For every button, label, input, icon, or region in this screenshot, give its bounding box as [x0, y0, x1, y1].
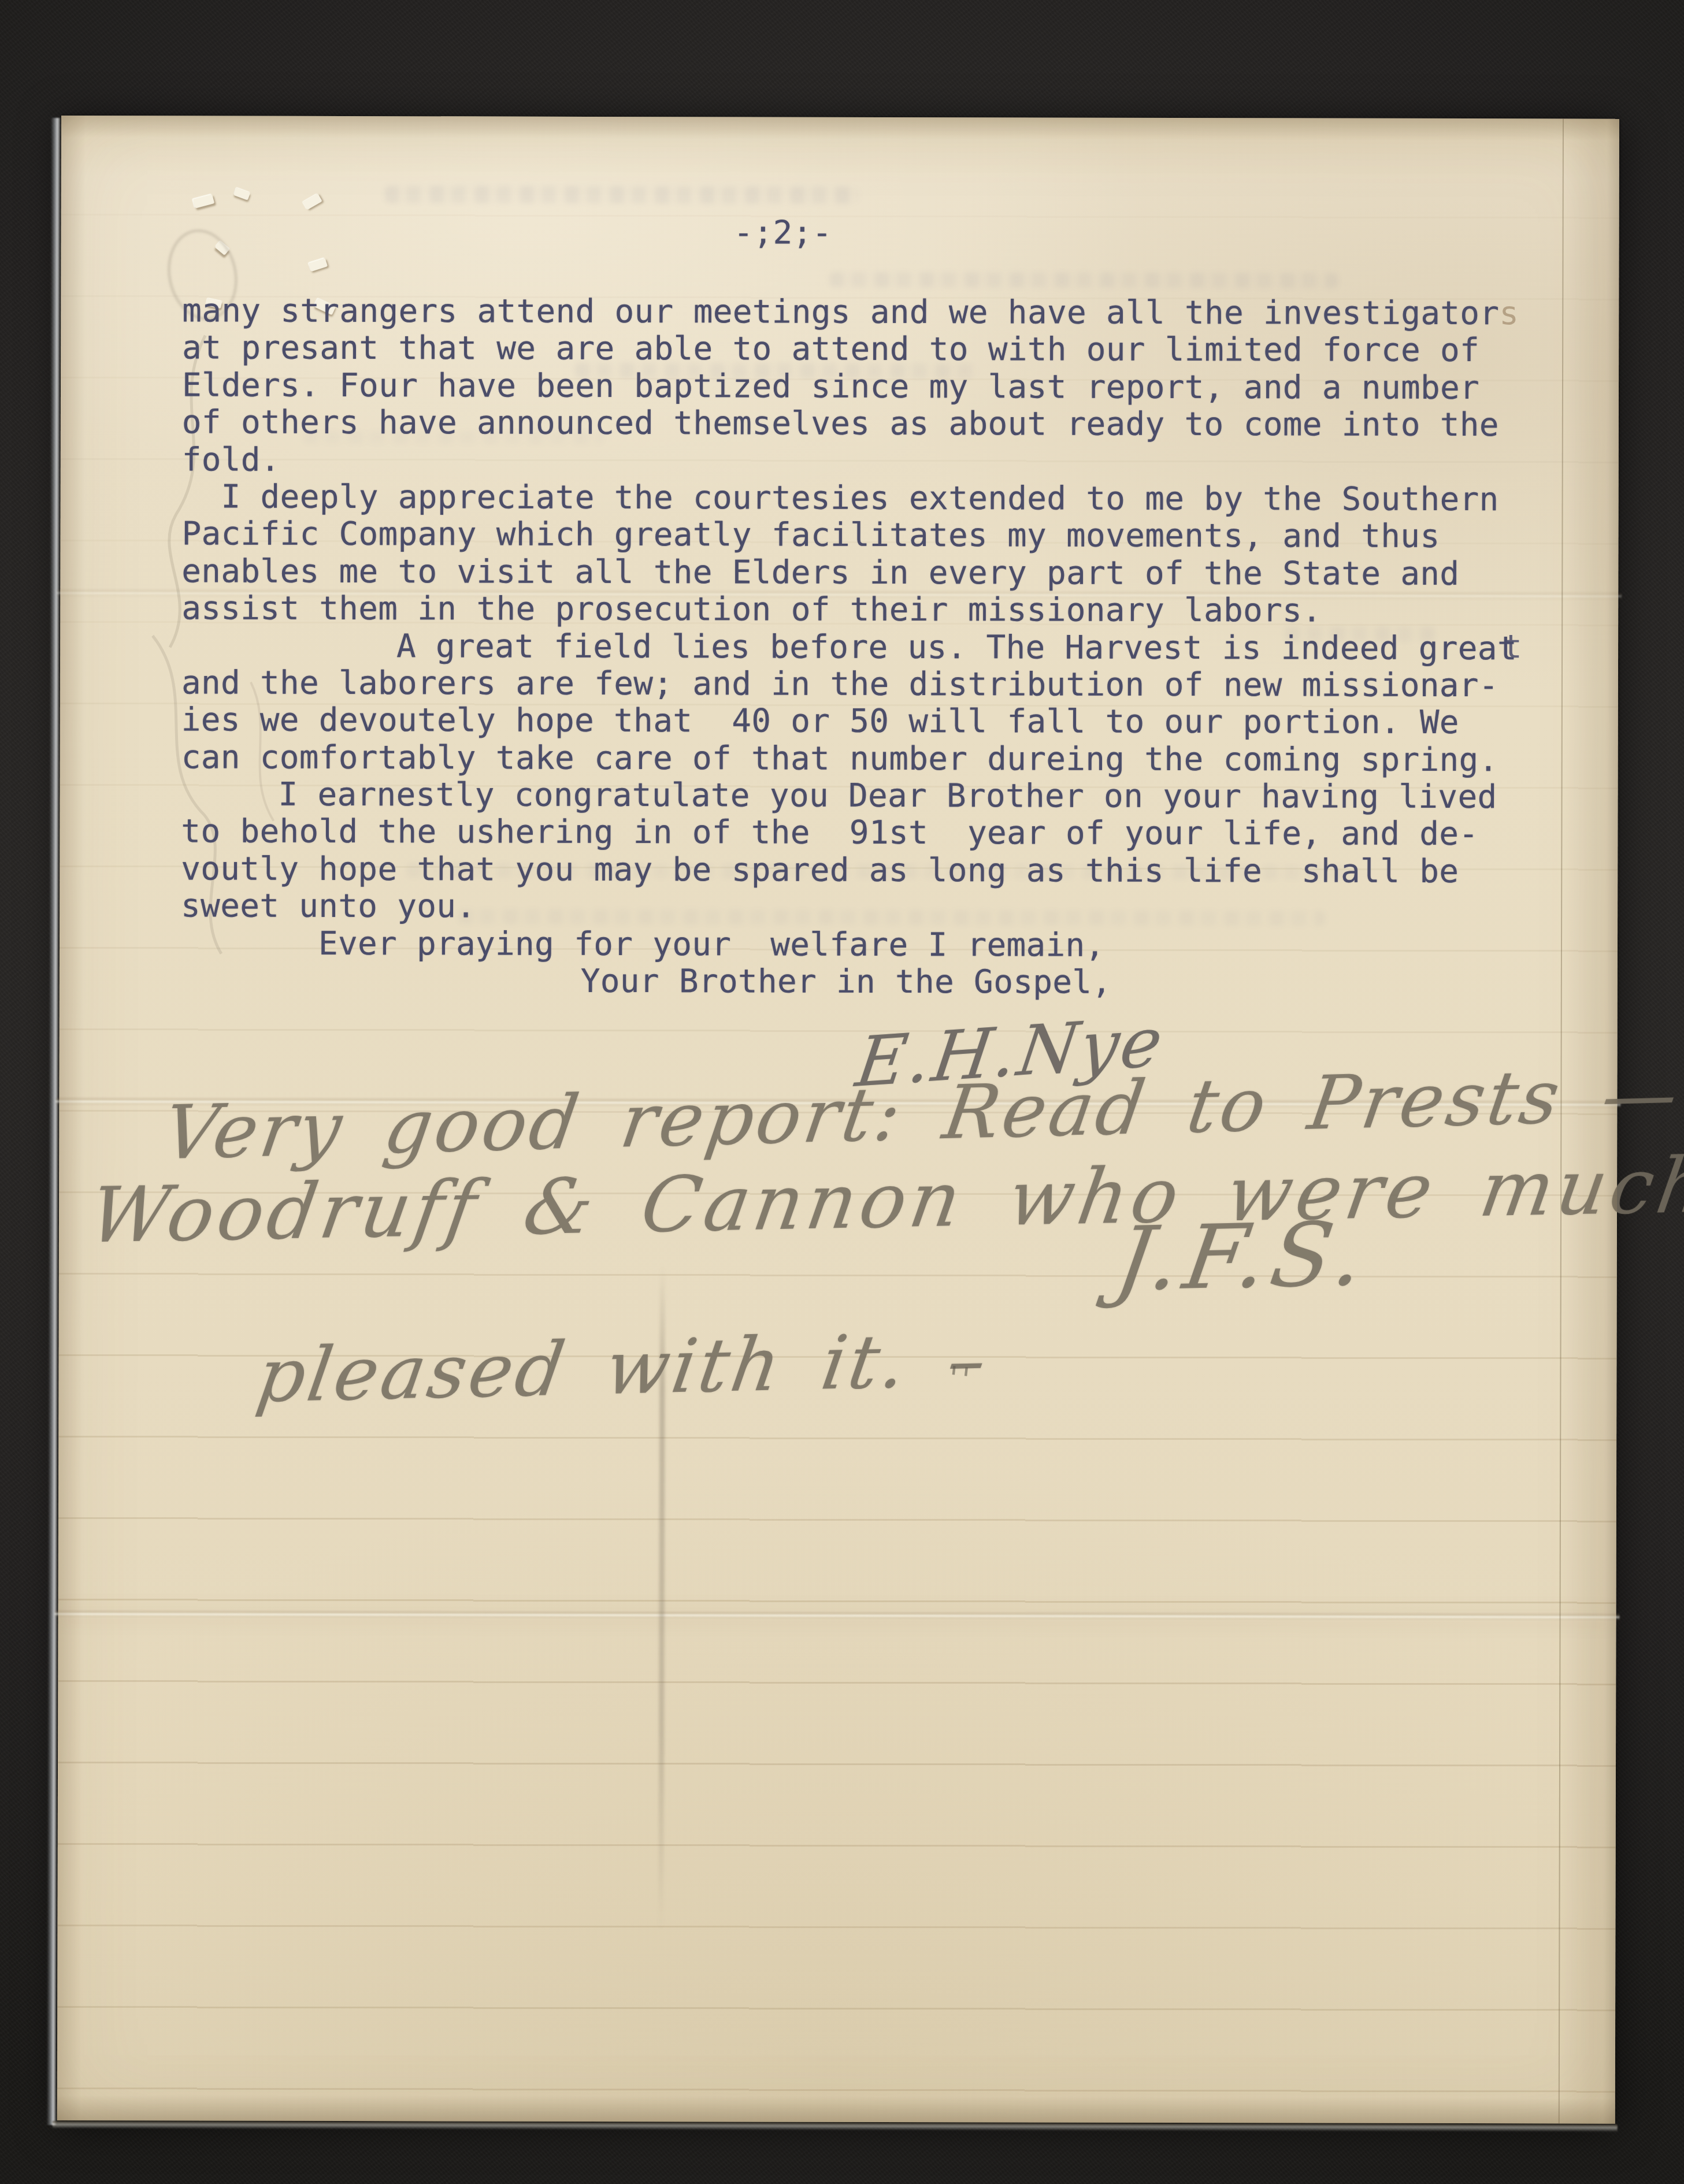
typed-line: of others have announced themselves as a… — [182, 404, 1519, 444]
pencil-annotation-line-3: pleased with it. – J.F.S. — [64, 1230, 1008, 1596]
typed-letter-body: many strangers attend our meetings and w… — [181, 292, 1519, 1002]
annotation-initials: J.F.S. — [1110, 1202, 1377, 1310]
typed-line: to behold the ushering in of the 91st ye… — [181, 814, 1518, 853]
typed-line: Elders. Four have been baptized since my… — [182, 367, 1519, 407]
typed-line: assist them in the prosecution of their … — [181, 590, 1518, 630]
stray-mark: '' — [947, 1360, 975, 1399]
typed-line: sweet unto you. — [181, 888, 1518, 928]
typed-line: fold. — [182, 441, 1519, 481]
typed-line: Your Brother in the Gospel, — [181, 962, 1518, 1002]
letter-page: -;2;- many strangers attend our meetings… — [57, 116, 1619, 2124]
typed-line: I deeply appreciate the courtesies exten… — [182, 478, 1519, 518]
typed-line: voutly hope that you may be spared as lo… — [181, 850, 1518, 890]
typed-line: Pacific Company which greatly facilitate… — [181, 516, 1518, 556]
typed-line: A great field lies before us. The Harves… — [181, 627, 1518, 667]
typed-line: enables me to visit all the Elders in ev… — [181, 553, 1518, 593]
typed-line: Ever praying for your welfare I remain, — [181, 925, 1518, 965]
typed-line: can comfortably take care of that number… — [181, 739, 1518, 779]
typed-line: I earnestly congratulate you Dear Brothe… — [181, 777, 1518, 816]
typed-line: many strangers attend our meetings and w… — [182, 292, 1519, 332]
faded-character: s — [1499, 295, 1519, 332]
typed-line: at presant that we are able to attend to… — [182, 330, 1519, 370]
bleedthrough-smudge — [385, 185, 859, 204]
overstruck-character: t — [1497, 630, 1517, 667]
typed-line: and the laborers are few; and in the dis… — [181, 664, 1518, 704]
page-number: -;2;- — [734, 214, 832, 251]
bleedthrough-smudge — [829, 272, 1338, 288]
typed-line: ies we devoutely hope that 40 or 50 will… — [181, 702, 1518, 742]
